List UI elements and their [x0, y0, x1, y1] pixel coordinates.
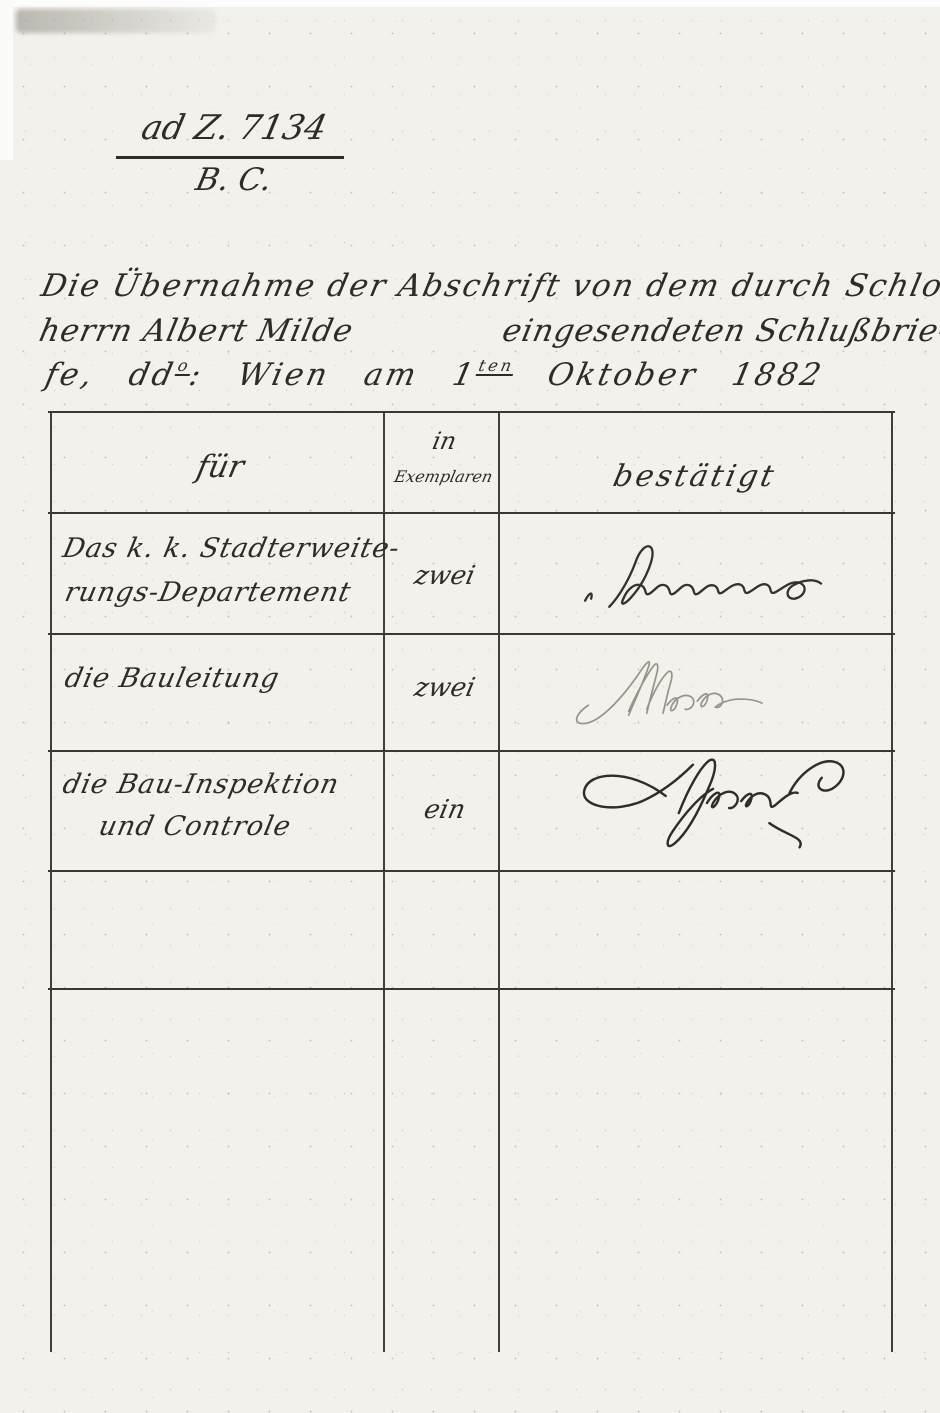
table-header-rule: [48, 512, 895, 514]
header-copies-line2: Exemplaren: [383, 467, 504, 486]
body-line-2: herrn Albert Mildeeingesendeten Schlußbr…: [36, 313, 940, 349]
row1-recipient-line2: rungs-Departement: [62, 577, 354, 608]
row3-recipient-line1: die Bau-Inspektion: [60, 769, 342, 800]
distribution-table: für in Exemplaren bestätigt Das k. k. St…: [50, 411, 893, 1352]
header-copies-line1: in: [383, 427, 506, 455]
row3-signature: [560, 750, 857, 857]
row2-signature-stroke: [558, 652, 770, 734]
row1-recipient-line1: Das k. k. Stadterweite-: [60, 533, 403, 564]
body-line-1: Die Übernahme der Abschrift von dem durc…: [38, 268, 940, 304]
row1-copies: zwei: [383, 561, 506, 591]
table-top-border: [48, 411, 895, 413]
row1-signature: [575, 538, 827, 614]
header-for: für: [50, 449, 391, 485]
scan-edge-left: [0, 0, 13, 160]
table-column-divider-2: [498, 411, 500, 1352]
reference-underline: [116, 156, 344, 159]
reference-initials: B. C.: [118, 162, 350, 198]
scan-smudge: [16, 9, 216, 33]
scanned-document-page: ad Z. 7134 B. C. Die Übernahme der Absch…: [0, 0, 940, 1413]
table-right-border: [891, 411, 893, 1352]
body-line-2-name: herrn Albert Milde: [36, 313, 357, 349]
body-line-2-rest: eingesendeten Schlußbrie-: [499, 313, 940, 349]
row3-recipient-line2: und Controle: [96, 811, 294, 842]
scan-edge-top: [0, 0, 940, 7]
row2-copies: zwei: [383, 673, 506, 703]
table-left-border: [50, 411, 52, 1352]
row3-signature-stroke: [560, 750, 857, 857]
table-row-rule-1: [48, 633, 895, 635]
reference-number: ad Z. 7134: [118, 108, 351, 148]
superscript-ten: ten: [476, 358, 517, 376]
table-row-rule-3: [48, 870, 895, 872]
body-line-3: fe, ddo: Wien am 1ten Oktober 1882: [42, 357, 827, 393]
header-confirmed: bestätigt: [610, 459, 780, 494]
row2-signature: [558, 652, 770, 734]
row2-recipient-line1: die Bauleitung: [62, 663, 283, 694]
row1-signature-stroke: [575, 538, 827, 614]
row3-copies: ein: [383, 795, 506, 825]
table-row-rule-4: [48, 988, 895, 990]
